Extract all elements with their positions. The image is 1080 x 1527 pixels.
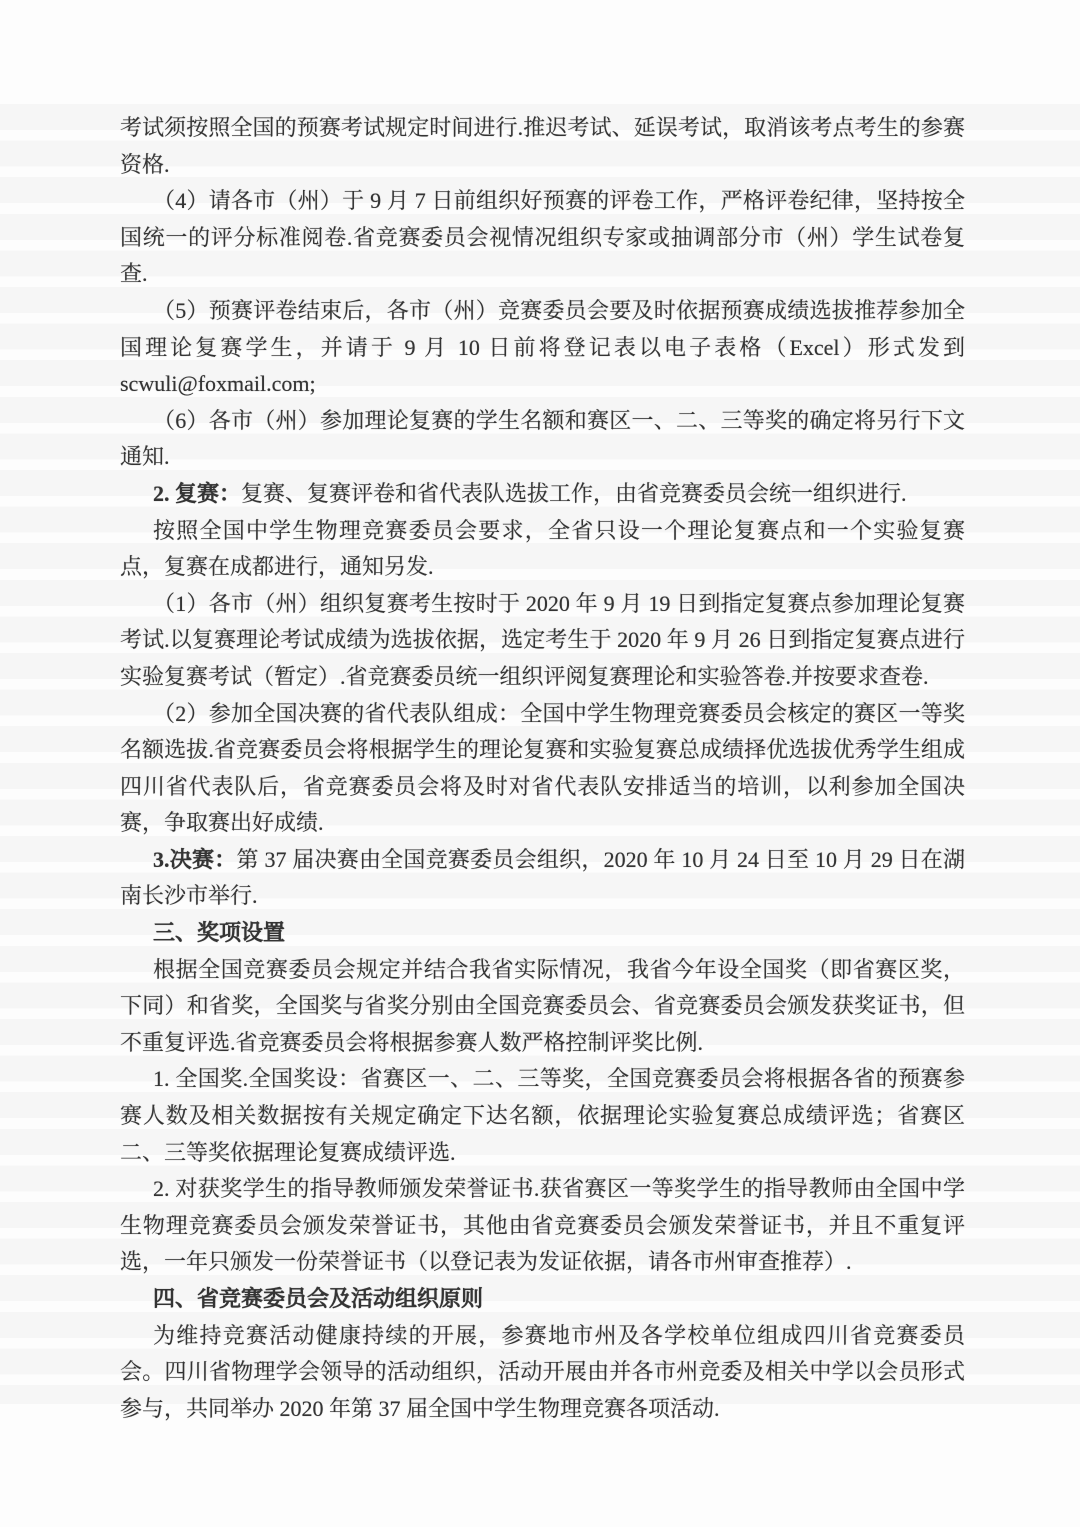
- body-paragraph-final-text: 第 37 届决赛由全国竞赛委员会组织，2020 年 10 月 24 日至 10 …: [120, 847, 965, 909]
- body-paragraph-semifinal-text: 复赛、复赛评卷和省代表队选拔工作，由省竞赛委员会统一组织进行.: [241, 481, 907, 506]
- body-paragraph-final: 3.决赛：第 37 届决赛由全国竞赛委员会组织，2020 年 10 月 24 日…: [120, 842, 965, 915]
- section-heading-awards: 三、奖项设置: [120, 915, 965, 952]
- body-paragraph-item-6-quota-notice: （6）各市（州）参加理论复赛的学生名额和赛区一、二、三等奖的确定将另行下文通知.: [120, 403, 965, 476]
- body-paragraph-exam-time-rule: 考试须按照全国的预赛考试规定时间进行.推迟考试、延误考试，取消该考点考生的参赛资…: [120, 110, 965, 183]
- body-paragraph-committee-organization: 为维持竞赛活动健康持续的开展，参赛地市州及各学校单位组成四川省竞赛委员会。四川省…: [120, 1318, 965, 1428]
- body-paragraph-semifinal-item-2-team: （2）参加全国决赛的省代表队组成：全国中学生物理竞赛委员会核定的赛区一等奖名额选…: [120, 696, 965, 842]
- body-paragraph-semifinal: 2. 复赛：复赛、复赛评卷和省代表队选拔工作，由省竞赛委员会统一组织进行.: [120, 476, 965, 513]
- body-paragraph-semifinal-lead: 2. 复赛：: [153, 481, 241, 506]
- document-text-block: 考试须按照全国的预赛考试规定时间进行.推迟考试、延误考试，取消该考点考生的参赛资…: [120, 110, 965, 1427]
- body-paragraph-final-lead: 3.决赛：: [153, 847, 236, 872]
- section-heading-committee-principles: 四、省竞赛委员会及活动组织原则: [120, 1281, 965, 1318]
- body-paragraph-awards-national: 1. 全国奖.全国奖设：省赛区一、二、三等奖，全国竞赛委员会将根据各省的预赛参赛…: [120, 1061, 965, 1171]
- body-paragraph-awards-teachers: 2. 对获奖学生的指导教师颁发荣誉证书.获省赛区一等奖学生的指导教师由全国中学生…: [120, 1171, 965, 1281]
- body-paragraph-item-4-grading: （4）请各市（州）于 9 月 7 日前组织好预赛的评卷工作，严格评卷纪律，坚持按…: [120, 183, 965, 293]
- body-paragraph-item-5-registration: （5）预赛评卷结束后，各市（州）竞赛委员会要及时依据预赛成绩选拔推荐参加全国理论…: [120, 293, 965, 403]
- document-page: 考试须按照全国的预赛考试规定时间进行.推迟考试、延误考试，取消该考点考生的参赛资…: [0, 0, 1080, 1527]
- body-paragraph-semifinal-item-1-dates: （1）各市（州）组织复赛考生按时于 2020 年 9 月 19 日到指定复赛点参…: [120, 586, 965, 696]
- body-paragraph-semifinal-sites: 按照全国中学生物理竞赛委员会要求，全省只设一个理论复赛点和一个实验复赛点，复赛在…: [120, 513, 965, 586]
- body-paragraph-awards-overview: 根据全国竞赛委员会规定并结合我省实际情况，我省今年设全国奖（即省赛区奖，下同）和…: [120, 952, 965, 1062]
